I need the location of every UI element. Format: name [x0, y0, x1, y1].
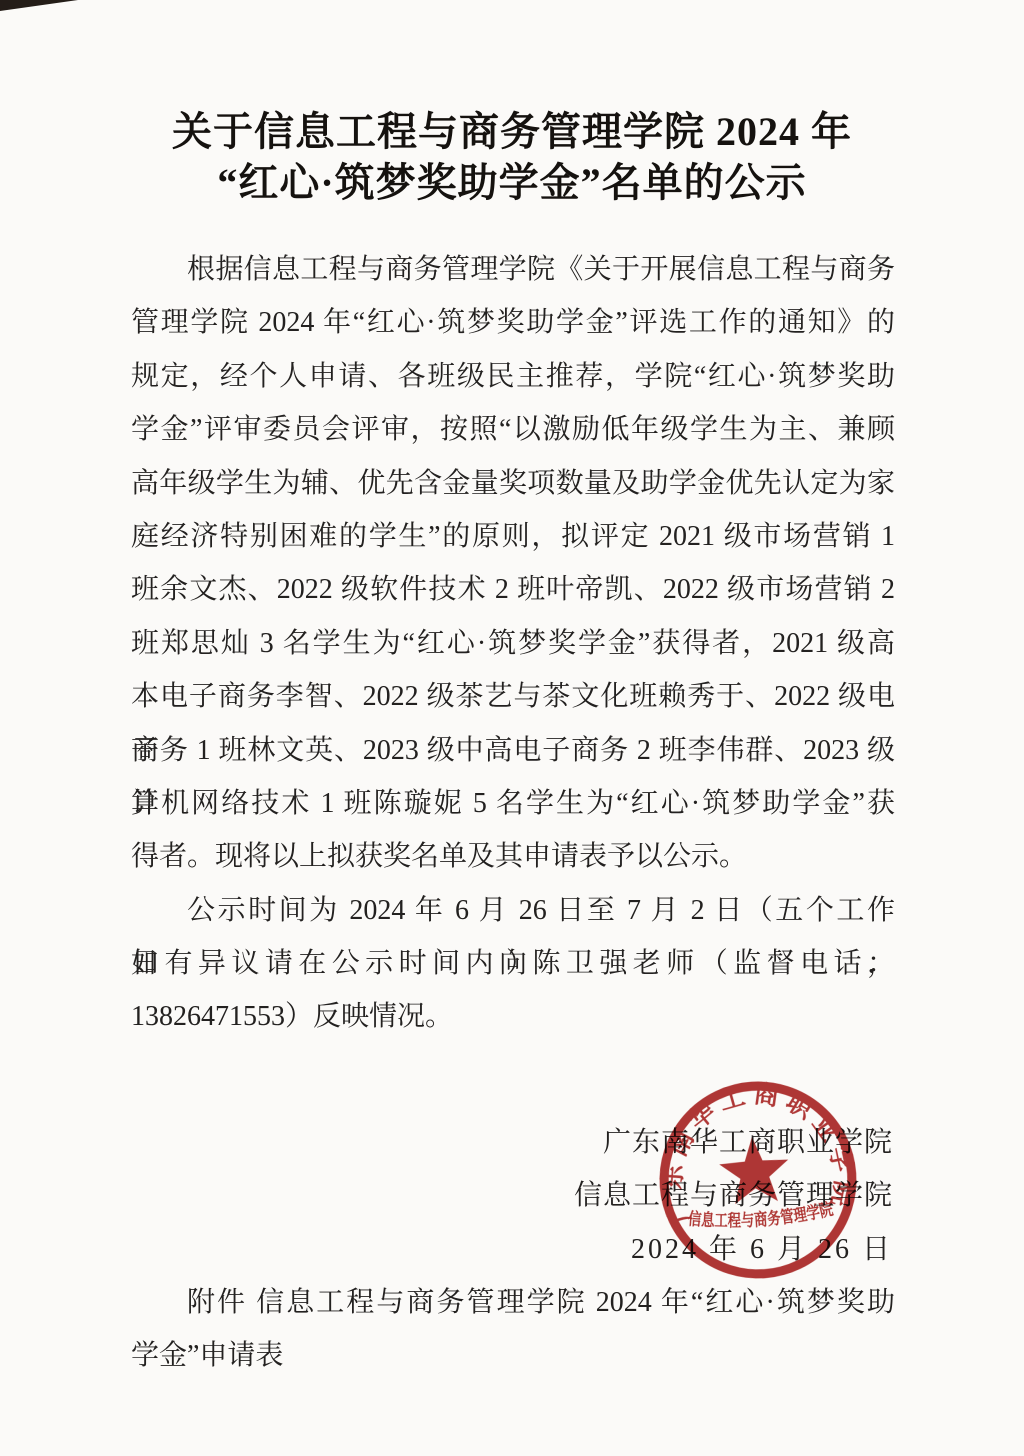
body-line: 本电子商务李智、2022 级茶艺与茶文化班赖秀于、2022 级电子 [131, 670, 895, 723]
document-title: 关于信息工程与商务管理学院 2024 年 “红心·筑梦奖助学金”名单的公示 [0, 106, 1024, 208]
scan-corner-artifact [0, 0, 78, 11]
seal-bottom-text: 信息工程与商务管理学院 [686, 1198, 836, 1234]
official-seal-stamp: 广东南华工商职业学院 信息工程与商务管理学院 [648, 1070, 868, 1290]
body-line: 公示时间为 2024 年 6 月 26 日至 7 月 2 日（五个工作日）， [131, 884, 895, 937]
body-line: 13826471553）反映情况。 [131, 990, 895, 1043]
document-page: 关于信息工程与商务管理学院 2024 年 “红心·筑梦奖助学金”名单的公示 根据… [0, 0, 1024, 1456]
body-line: 班郑思灿 3 名学生为“红心·筑梦奖学金”获得者，2021 级高 [131, 617, 895, 670]
body-line: 商务 1 班林文英、2023 级中高电子商务 2 班李伟群、2023 级计 [131, 724, 895, 777]
body-line: 高年级学生为辅、优先含金量奖项数量及助学金优先认定为家 [131, 457, 895, 510]
body-line: 算机网络技术 1 班陈璇妮 5 名学生为“红心·筑梦助学金”获 [131, 777, 895, 830]
attachment-note: 附件 信息工程与商务管理学院 2024 年“红心·筑梦奖助 学金”申请表 [131, 1276, 895, 1383]
attachment-line-2: 学金”申请表 [131, 1329, 895, 1382]
document-body: 根据信息工程与商务管理学院《关于开展信息工程与商务 管理学院 2024 年“红心… [131, 243, 895, 1044]
body-line: 班余文杰、2022 级软件技术 2 班叶帝凯、2022 级市场营销 2 [131, 563, 895, 616]
body-line: 庭经济特别困难的学生”的原则，拟评定 2021 级市场营销 1 [131, 510, 895, 563]
body-line: 如有异议请在公示时间内向陈卫强老师（监督电话： [131, 937, 895, 990]
body-line: 得者。现将以上拟获奖名单及其申请表予以公示。 [131, 830, 895, 883]
body-line: 学金”评审委员会评审，按照“以激励低年级学生为主、兼顾 [131, 403, 895, 456]
svg-text:信息工程与商务管理学院: 信息工程与商务管理学院 [686, 1198, 836, 1234]
title-line-1: 关于信息工程与商务管理学院 2024 年 [0, 106, 1024, 157]
title-line-2: “红心·筑梦奖助学金”名单的公示 [0, 157, 1024, 208]
body-line: 管理学院 2024 年“红心·筑梦奖助学金”评选工作的通知》的 [131, 296, 895, 349]
star-icon [717, 1134, 790, 1204]
body-line: 根据信息工程与商务管理学院《关于开展信息工程与商务 [131, 243, 895, 296]
body-line: 规定，经个人申请、各班级民主推荐，学院“红心·筑梦奖助 [131, 350, 895, 403]
attachment-line-1: 附件 信息工程与商务管理学院 2024 年“红心·筑梦奖助 [131, 1276, 895, 1329]
